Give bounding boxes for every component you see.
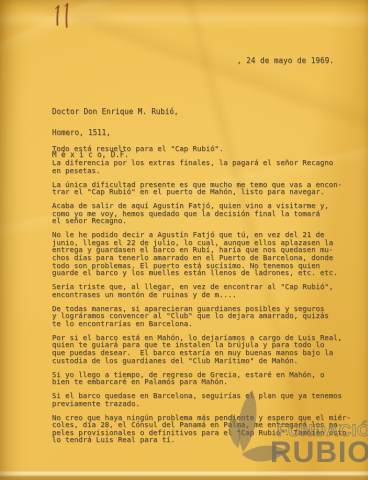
text-line: el señor Recagno. [52,217,358,225]
paragraph: La única dificultad presente es que much… [52,181,358,196]
paragraph: Sería triste que, al llegar, en vez de e… [52,283,358,298]
text-line: custodia de los guardianes del "Club Mar… [52,357,358,365]
paragraph: Acaba de salir de aquí Agustín Fatjó, qu… [52,202,358,225]
text-line: Todo está resuelto para el "Cap Rubió". [52,145,358,153]
paragraph: No creo que haya ningún problema más pen… [52,414,358,444]
text-line: guarde el barco y los muelles están llen… [52,269,358,277]
text-line: previamente trazado. [52,400,358,408]
letter-body: Todo está resuelto para el "Cap Rubió".L… [52,145,358,450]
paragraph: Si yo llego a tiempo, de regreso de Grec… [52,371,358,386]
text-line: te lo encontrarías en Barcelona. [52,320,358,328]
handwritten-mark [52,2,76,30]
text-line: encontrases un montón de ruinas y de m..… [52,291,358,299]
paragraph: No le he podido decir a Agustín Fatjó qu… [52,231,358,276]
paragraph: La diferencia por los extras finales, la… [52,159,358,174]
paragraph: Todo está resuelto para el "Cap Rubió". [52,145,358,153]
recipient-name: Doctor Don Enrique M. Rubió, [52,108,178,115]
letter-page: , 24 de mayo de 1969. Doctor Don Enrique… [0,0,368,480]
paragraph: Si el barco quedase en Barcelona, seguir… [52,392,358,407]
text-line: lo tendrá Luis Real para tí. [52,436,358,444]
text-line: trar el "Cap Rubió" en el puerto de Mahó… [52,188,358,196]
text-line: en pesetas. [52,167,358,175]
paragraph: Por si el barco está en Mahón, lo dejarí… [52,334,358,364]
paragraph: De todas maneras, si aparecieran guardia… [52,305,358,328]
recipient-street: Homero, 1511, [52,129,178,136]
date-line: , 24 de mayo de 1969. [237,56,334,65]
text-line: bien te embarcaré en Palamós para Mahón. [52,378,358,386]
